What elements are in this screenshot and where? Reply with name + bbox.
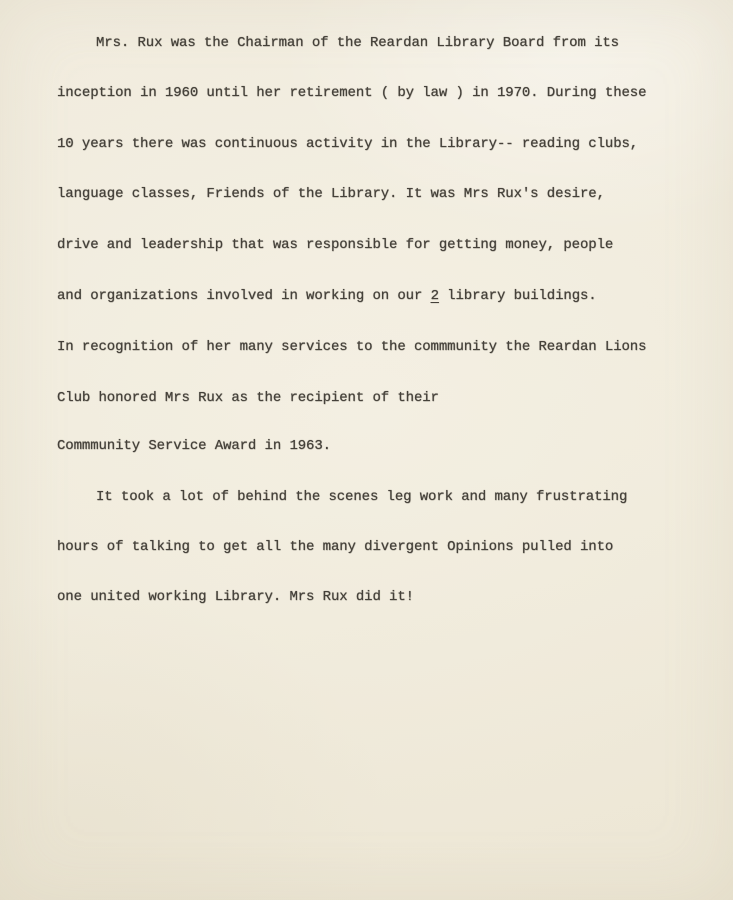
text-segment: library buildings. xyxy=(439,288,597,304)
text-line: drive and leadership that was responsibl… xyxy=(57,237,613,253)
text-line: one united working Library. Mrs Rux did … xyxy=(57,589,414,605)
text-line: Mrs. Rux was the Chairman of the Reardan… xyxy=(57,35,619,51)
document-page: Mrs. Rux was the Chairman of the Reardan… xyxy=(0,0,733,900)
text-line: It took a lot of behind the scenes leg w… xyxy=(57,489,627,505)
text-line: language classes, Friends of the Library… xyxy=(57,186,605,202)
text-line: and organizations involved in working on… xyxy=(57,288,597,304)
text-line: Club honored Mrs Rux as the recipient of… xyxy=(57,390,439,406)
text-line: In recognition of her many services to t… xyxy=(57,339,646,355)
text-line: inception in 1960 until her retirement (… xyxy=(57,85,646,101)
text-segment: and organizations involved in working on… xyxy=(57,288,431,304)
underlined-number: 2 xyxy=(431,288,439,304)
text-line: Commmunity Service Award in 1963. xyxy=(57,438,331,454)
text-line: 10 years there was continuous activity i… xyxy=(57,136,638,152)
text-line: hours of talking to get all the many div… xyxy=(57,539,613,555)
